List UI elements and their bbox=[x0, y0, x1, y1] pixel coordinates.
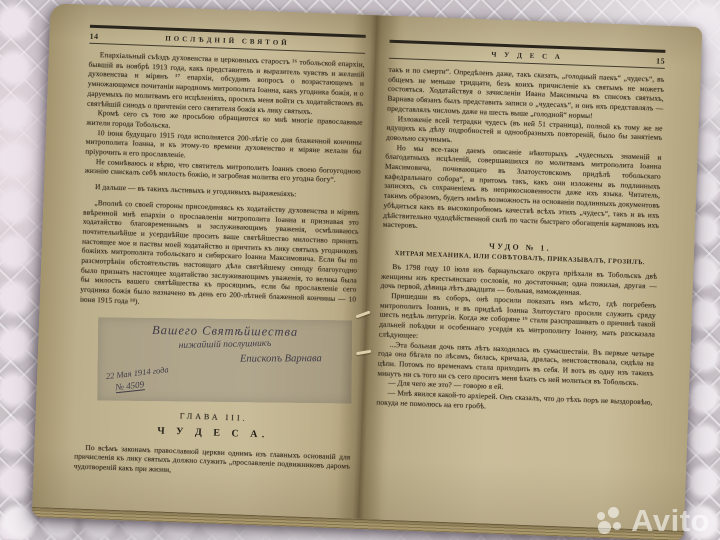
watermark-text: Avito bbox=[631, 505, 710, 536]
paragraph: Епархіальный съѣздъ духовенства и церков… bbox=[87, 50, 365, 118]
right-page-header: Ч У Д Е С А 15 bbox=[389, 40, 666, 69]
right-page-text: такъ и по смерти“. Опредѣленъ даже, такъ… bbox=[383, 65, 665, 240]
paragraph: Но мы все-таки даемъ описаніе нѣкоторыхъ… bbox=[383, 142, 662, 239]
book-page-right: Ч У Д Е С А 15 такъ и по смерти“. Опредѣ… bbox=[358, 15, 702, 531]
avito-watermark: Avito bbox=[596, 505, 710, 536]
paragraph: По всѣмъ законамъ православной церкви од… bbox=[74, 442, 351, 481]
facsimile-line-1: Вашего Святѣйшества bbox=[106, 322, 344, 339]
facsimile-line-2: нижайшій послушникъ bbox=[106, 337, 344, 353]
book-pages-spread: 14 ПОСЛѢДНІЙ СВЯТОЙ Епархіальный съѣздъ … bbox=[32, 3, 702, 531]
avito-logo-icon bbox=[596, 507, 624, 535]
left-page-header: 14 ПОСЛѢДНІЙ СВЯТОЙ bbox=[89, 25, 366, 54]
photo-scene: 14 ПОСЛѢДНІЙ СВЯТОЙ Епархіальный съѣздъ … bbox=[0, 0, 720, 540]
left-page-text: Епархіальный съѣздъ духовенства и церков… bbox=[80, 50, 365, 315]
book-page-left: 14 ПОСЛѢДНІЙ СВЯТОЙ Епархіальный съѣздъ … bbox=[32, 3, 376, 519]
paragraph: „Вполнѣ со своей стороны присоединяясь к… bbox=[80, 197, 360, 314]
handwritten-facsimile: Вашего Святѣйшества нижайшій послушникъ … bbox=[97, 317, 352, 403]
chapter-title: Ч У Д Е С А. bbox=[75, 422, 351, 443]
open-book: 14 ПОСЛѢДНІЙ СВЯТОЙ Епархіальный съѣздъ … bbox=[32, 3, 702, 540]
facsimile-number: № 4509 bbox=[115, 379, 145, 393]
